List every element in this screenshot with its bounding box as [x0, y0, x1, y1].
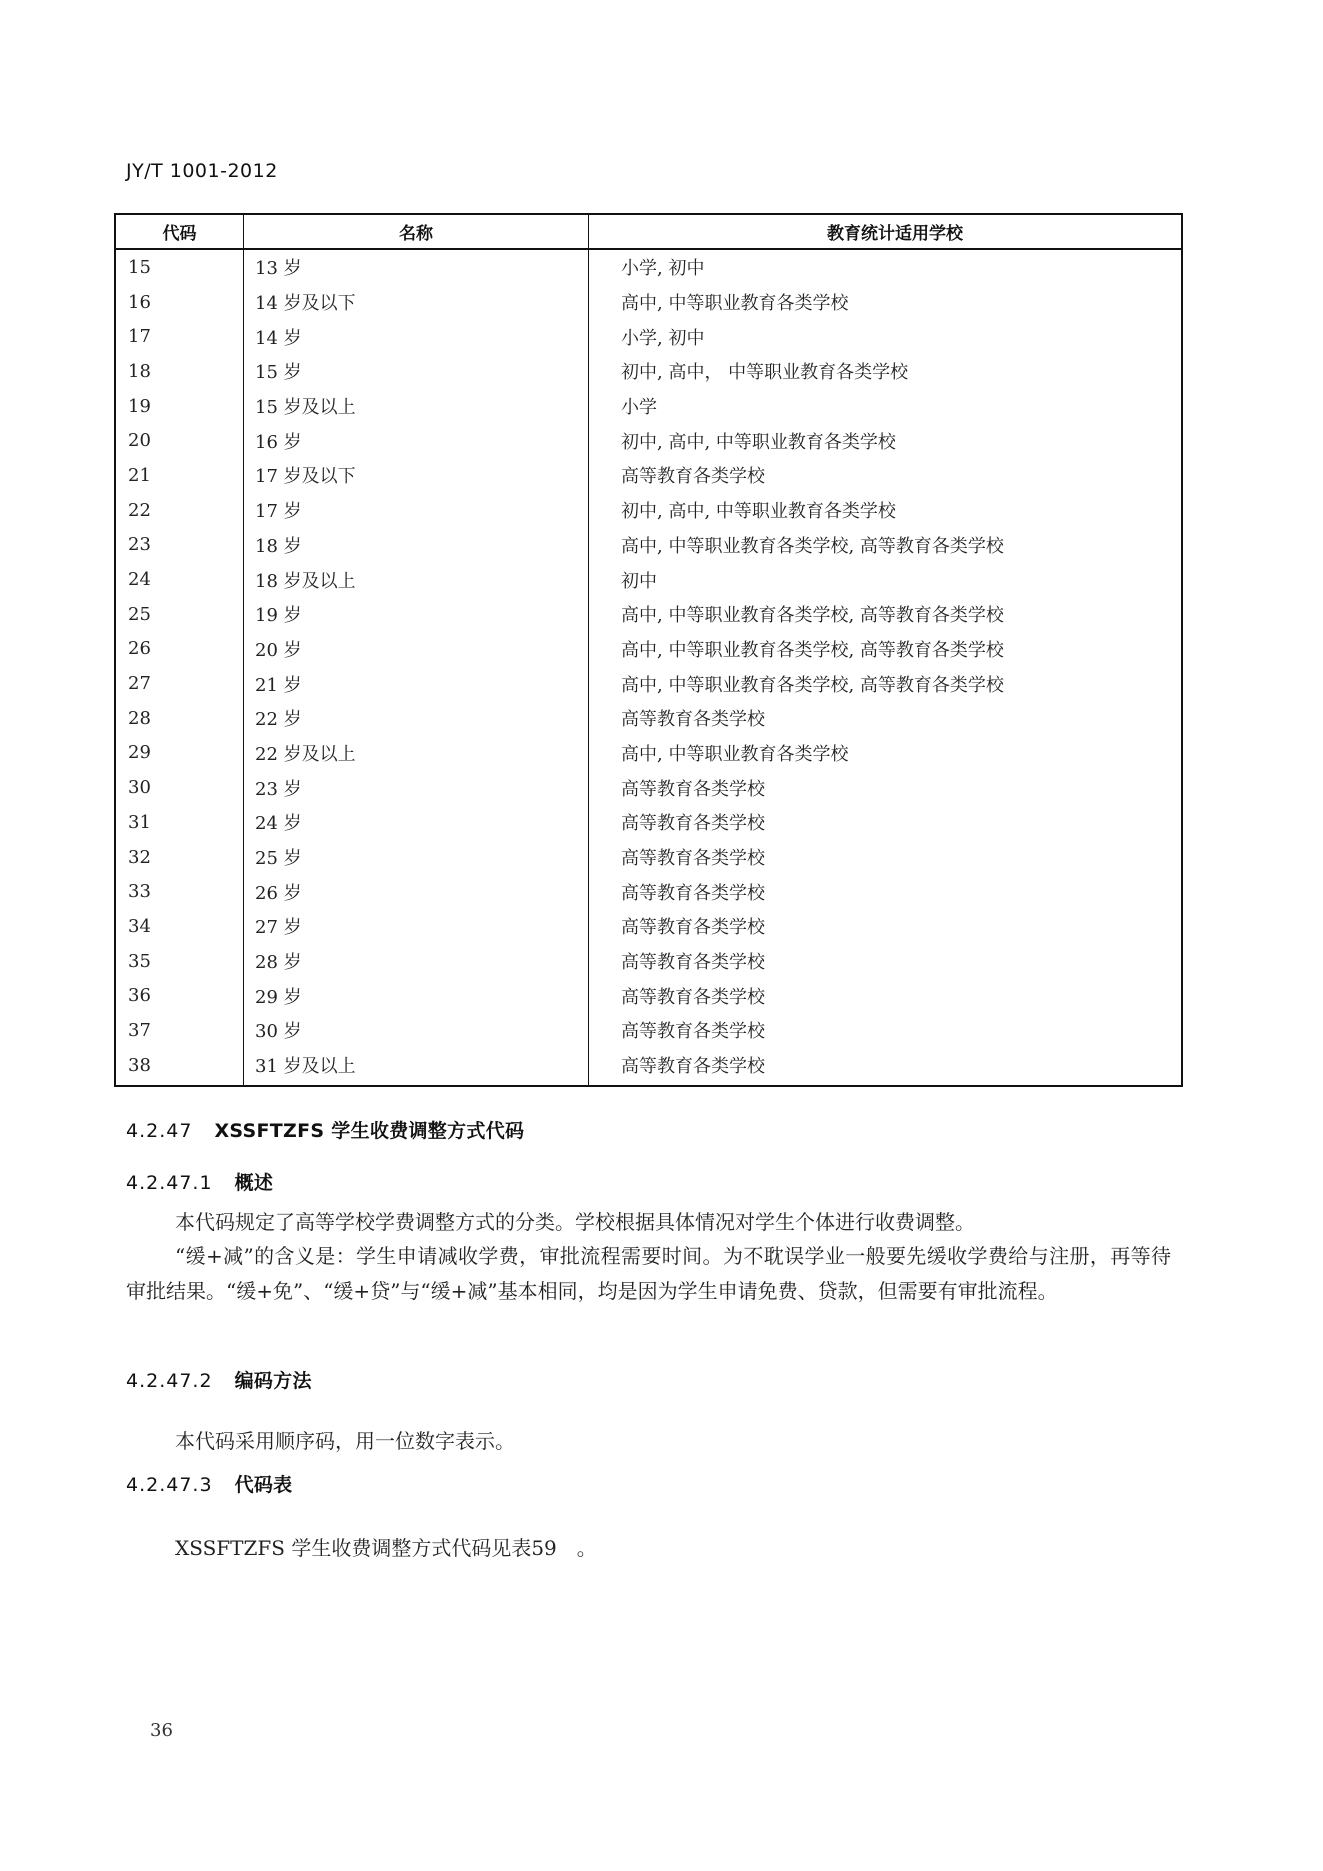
section-number: 4.2.47.3	[126, 1474, 213, 1496]
cell-applicable-school: 高等教育各类学校	[589, 458, 1183, 493]
cell-name: 16 岁	[244, 423, 589, 458]
cell-name: 27 岁	[244, 909, 589, 944]
cell-code: 19	[115, 389, 244, 424]
section-heading-4-2-47: 4.2.47XSSFTZFS 学生收费调整方式代码	[126, 1116, 524, 1143]
cell-applicable-school: 高中, 中等职业教育各类学校, 高等教育各类学校	[589, 597, 1183, 632]
cell-code: 33	[115, 874, 244, 909]
cell-code: 18	[115, 354, 244, 389]
overview-paragraph-1: 本代码规定了高等学校学费调整方式的分类。学校根据具体情况对学生个体进行收费调整。	[126, 1205, 1171, 1240]
cell-code: 31	[115, 805, 244, 840]
cell-applicable-school: 高等教育各类学校	[589, 874, 1183, 909]
section-title: 概述	[235, 1172, 274, 1194]
cell-code: 38	[115, 1048, 244, 1086]
cell-name: 17 岁	[244, 493, 589, 528]
section-title: 编码方法	[235, 1370, 312, 1392]
cell-name: 31 岁及以上	[244, 1048, 589, 1086]
column-header-school: 教育统计适用学校	[589, 214, 1183, 249]
cell-applicable-school: 高等教育各类学校	[589, 840, 1183, 875]
cell-name: 17 岁及以下	[244, 458, 589, 493]
column-header-code: 代码	[115, 214, 244, 249]
cell-code: 17	[115, 319, 244, 354]
cell-name: 21 岁	[244, 666, 589, 701]
cell-applicable-school: 高等教育各类学校	[589, 944, 1183, 979]
cell-name: 29 岁	[244, 978, 589, 1013]
cell-applicable-school: 高等教育各类学校	[589, 1048, 1183, 1086]
cell-applicable-school: 高中, 中等职业教育各类学校, 高等教育各类学校	[589, 666, 1183, 701]
column-header-name: 名称	[244, 214, 589, 249]
cell-applicable-school: 高等教育各类学校	[589, 805, 1183, 840]
table-row: 2217 岁初中, 高中, 中等职业教育各类学校	[115, 493, 1182, 528]
table-row: 3427 岁高等教育各类学校	[115, 909, 1182, 944]
cell-name: 15 岁	[244, 354, 589, 389]
table-row: 1614 岁及以下高中, 中等职业教育各类学校	[115, 285, 1182, 320]
table-row: 2418 岁及以上初中	[115, 562, 1182, 597]
cell-applicable-school: 高等教育各类学校	[589, 1013, 1183, 1048]
cell-name: 15 岁及以上	[244, 389, 589, 424]
section-heading-4-2-47-3: 4.2.47.3代码表	[126, 1470, 292, 1497]
table-row: 2922 岁及以上高中, 中等职业教育各类学校	[115, 736, 1182, 771]
cell-name: 13 岁	[244, 249, 589, 285]
cell-applicable-school: 小学, 初中	[589, 319, 1183, 354]
cell-code: 32	[115, 840, 244, 875]
cell-code: 26	[115, 632, 244, 667]
table-row: 1714 岁小学, 初中	[115, 319, 1182, 354]
table-row: 3831 岁及以上高等教育各类学校	[115, 1048, 1182, 1086]
section-title: XSSFTZFS 学生收费调整方式代码	[214, 1120, 524, 1142]
age-code-table: 代码 名称 教育统计适用学校 1513 岁小学, 初中1614 岁及以下高中, …	[114, 213, 1183, 1087]
cell-code: 30	[115, 770, 244, 805]
cell-name: 14 岁及以下	[244, 285, 589, 320]
cell-code: 23	[115, 528, 244, 563]
table-row: 3730 岁高等教育各类学校	[115, 1013, 1182, 1048]
table-row: 2117 岁及以下高等教育各类学校	[115, 458, 1182, 493]
cell-code: 29	[115, 736, 244, 771]
code-table-reference-text: XSSFTZFS 学生收费调整方式代码见表59 。	[175, 1532, 597, 1561]
cell-name: 14 岁	[244, 319, 589, 354]
cell-name: 25 岁	[244, 840, 589, 875]
table-row: 2016 岁初中, 高中, 中等职业教育各类学校	[115, 423, 1182, 458]
table-row: 3225 岁高等教育各类学校	[115, 840, 1182, 875]
cell-applicable-school: 高等教育各类学校	[589, 770, 1183, 805]
section-heading-4-2-47-2: 4.2.47.2编码方法	[126, 1366, 312, 1393]
cell-code: 28	[115, 701, 244, 736]
table-row: 3023 岁高等教育各类学校	[115, 770, 1182, 805]
table-body: 1513 岁小学, 初中1614 岁及以下高中, 中等职业教育各类学校1714 …	[115, 249, 1182, 1086]
table-row: 3124 岁高等教育各类学校	[115, 805, 1182, 840]
cell-code: 35	[115, 944, 244, 979]
cell-name: 18 岁及以上	[244, 562, 589, 597]
cell-code: 15	[115, 249, 244, 285]
cell-code: 21	[115, 458, 244, 493]
page-number: 36	[150, 1720, 173, 1741]
cell-code: 22	[115, 493, 244, 528]
table-row: 2620 岁高中, 中等职业教育各类学校, 高等教育各类学校	[115, 632, 1182, 667]
cell-code: 34	[115, 909, 244, 944]
cell-name: 22 岁	[244, 701, 589, 736]
cell-applicable-school: 初中, 高中, 中等职业教育各类学校	[589, 493, 1183, 528]
encoding-method-text: 本代码采用顺序码，用一位数字表示。	[175, 1425, 515, 1454]
table-row: 3528 岁高等教育各类学校	[115, 944, 1182, 979]
cell-applicable-school: 高等教育各类学校	[589, 909, 1183, 944]
section-number: 4.2.47.2	[126, 1370, 213, 1392]
cell-applicable-school: 高中, 中等职业教育各类学校	[589, 736, 1183, 771]
cell-name: 22 岁及以上	[244, 736, 589, 771]
table-header-row: 代码 名称 教育统计适用学校	[115, 214, 1182, 249]
cell-applicable-school: 高中, 中等职业教育各类学校, 高等教育各类学校	[589, 632, 1183, 667]
cell-code: 20	[115, 423, 244, 458]
table-row: 2318 岁高中, 中等职业教育各类学校, 高等教育各类学校	[115, 528, 1182, 563]
table-row: 1915 岁及以上小学	[115, 389, 1182, 424]
section-title: 代码表	[235, 1474, 293, 1496]
cell-code: 37	[115, 1013, 244, 1048]
table-row: 1815 岁初中, 高中， 中等职业教育各类学校	[115, 354, 1182, 389]
section-number: 4.2.47	[126, 1120, 192, 1142]
cell-applicable-school: 高中, 中等职业教育各类学校, 高等教育各类学校	[589, 528, 1183, 563]
cell-applicable-school: 初中	[589, 562, 1183, 597]
cell-name: 18 岁	[244, 528, 589, 563]
table-row: 2519 岁高中, 中等职业教育各类学校, 高等教育各类学校	[115, 597, 1182, 632]
document-code: JY/T 1001-2012	[126, 160, 278, 182]
section-heading-4-2-47-1: 4.2.47.1概述	[126, 1168, 273, 1195]
table-row: 2822 岁高等教育各类学校	[115, 701, 1182, 736]
cell-name: 23 岁	[244, 770, 589, 805]
cell-name: 28 岁	[244, 944, 589, 979]
table-row: 3326 岁高等教育各类学校	[115, 874, 1182, 909]
cell-applicable-school: 高中, 中等职业教育各类学校	[589, 285, 1183, 320]
cell-applicable-school: 高等教育各类学校	[589, 701, 1183, 736]
table-row: 3629 岁高等教育各类学校	[115, 978, 1182, 1013]
cell-code: 25	[115, 597, 244, 632]
cell-name: 24 岁	[244, 805, 589, 840]
cell-name: 19 岁	[244, 597, 589, 632]
cell-applicable-school: 初中, 高中, 中等职业教育各类学校	[589, 423, 1183, 458]
cell-applicable-school: 初中, 高中， 中等职业教育各类学校	[589, 354, 1183, 389]
cell-applicable-school: 高等教育各类学校	[589, 978, 1183, 1013]
table-row: 1513 岁小学, 初中	[115, 249, 1182, 285]
cell-code: 27	[115, 666, 244, 701]
cell-code: 24	[115, 562, 244, 597]
cell-name: 26 岁	[244, 874, 589, 909]
section-number: 4.2.47.1	[126, 1172, 213, 1194]
table-row: 2721 岁高中, 中等职业教育各类学校, 高等教育各类学校	[115, 666, 1182, 701]
cell-code: 36	[115, 978, 244, 1013]
cell-applicable-school: 小学	[589, 389, 1183, 424]
overview-paragraph-2: “缓+减”的含义是：学生申请减收学费，审批流程需要时间。为不耽误学业一般要先缓收…	[126, 1239, 1171, 1308]
cell-name: 30 岁	[244, 1013, 589, 1048]
cell-code: 16	[115, 285, 244, 320]
cell-applicable-school: 小学, 初中	[589, 249, 1183, 285]
cell-name: 20 岁	[244, 632, 589, 667]
